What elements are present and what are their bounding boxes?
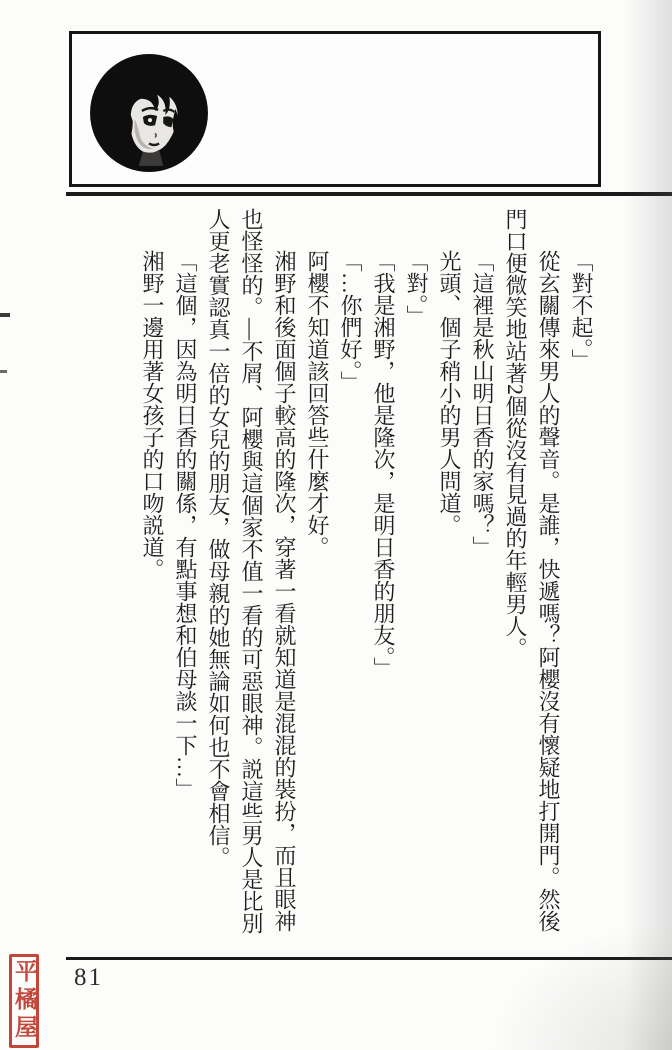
text-column: 「這裡是秋山明日香的家嗎？」: [466, 208, 499, 960]
header-illustration-frame: [69, 31, 601, 187]
text-column: 光頭、個子稍小的男人問道。: [433, 208, 466, 960]
text-column: 「對不起。」: [565, 208, 598, 960]
footer-rule: [66, 957, 672, 960]
portrait-illustration: [88, 52, 210, 174]
text-column: 「…你們好。」: [334, 208, 367, 960]
text-column: 阿櫻不知道該回答些什麼才好。: [301, 208, 334, 960]
scan-artifact-dash: [0, 370, 7, 373]
scanned-novel-page: 「對不起。」從玄關傳來男人的聲音。是誰，快遞嗎？阿櫻沒有懷疑地打開門。然後門口便…: [0, 0, 672, 1050]
text-body: 「對不起。」從玄關傳來男人的聲音。是誰，快遞嗎？阿櫻沒有懷疑地打開門。然後門口便…: [136, 208, 598, 960]
text-column: 也怪怪的。—不屑、阿櫻與這個家不值一看的可惡眼神。説這些男人是比別: [235, 208, 268, 960]
text-column: 從玄關傳來男人的聲音。是誰，快遞嗎？阿櫻沒有懷疑地打開門。然後: [532, 208, 565, 960]
text-column: 門口便微笑地站著2個從沒有見過的年輕男人。: [499, 208, 532, 960]
publisher-seal-stamp: 平橘屋: [9, 954, 39, 1048]
text-column: 湘野一邊用著女孩子的口吻説道。: [136, 208, 169, 960]
text-column: 湘野和後面個子較高的隆次，穿著一看就知道是混混的裝扮，而且眼神: [268, 208, 301, 960]
text-column: 「這個，因為明日香的關係，有點事想和伯母談一下…」: [169, 208, 202, 960]
text-column: 「對。」: [400, 208, 433, 960]
seal-text: 平橘屋: [12, 959, 36, 1043]
page-number: 81: [74, 964, 103, 992]
scan-artifact-dash: [0, 313, 10, 317]
header-rule: [66, 192, 672, 196]
text-column: 「我是湘野，他是隆次，是明日香的朋友。」: [367, 208, 400, 960]
text-column: 人更老實認真一倍的女兒的朋友，做母親的她無論如何也不會相信。: [202, 208, 235, 960]
